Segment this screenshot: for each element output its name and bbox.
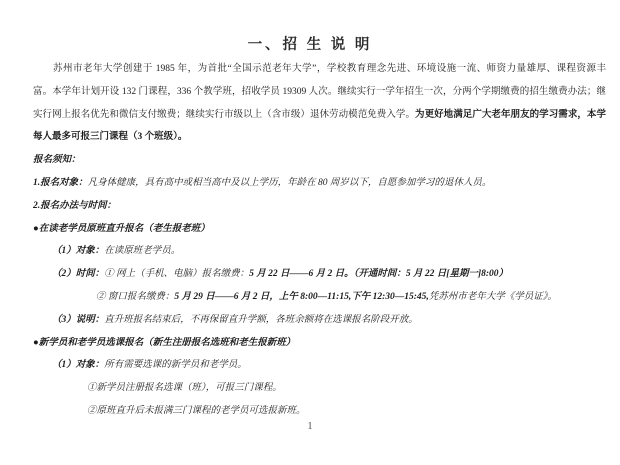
text-run: 富。本学年计划开设 132 门课程，336 个教学班，招收学员 19309 人次… [33,87,606,104]
document-body: 苏州市老年大学创建于 1985 年，为首批“全国示范老年大学”，学校教育理念先进… [33,58,606,423]
document-line: 富。本学年计划开设 132 门课程，336 个教学班，招收学员 19309 人次… [33,81,606,104]
text-run: 实行网上报名优先和微信支付缴费；继续实行市级以上（含市级）退休劳动模范免费入学。 [33,110,415,120]
text-run: 5 月 22 日——6 月 2 日。 [249,269,354,279]
page-title: 一、招 生 说 明 [0,0,620,58]
document-line: （2）时间：① 网上（手机、电脑）报名缴费：5 月 22 日——6 月 2 日。… [33,263,606,286]
text-run: 在读原班老学员。 [104,246,180,256]
document-line: 2.报名办法与时间： [33,195,606,218]
text-run: 凭苏州市老年大学《学员证》。 [429,292,557,302]
text-run: 苏州市老年大学创建于 1985 年，为首批“全国示范老年大学”，学校教育理念先进… [53,64,606,74]
document-line: （3）说明：直升班报名结束后，不再保留直升学额，各班余额将在选课报名阶段开放。 [33,309,606,332]
text-run: 凡身体健康，具有高中或相当高中及以上学历，年龄在 80 周岁以下，自愿参加学习的… [88,178,492,188]
document-line: 实行网上报名优先和微信支付缴费；继续实行市级以上（含市级）退休劳动模范免费入学。… [33,104,606,127]
document-line: ●在读老学员原班直升报名（老生报老班） [33,218,606,241]
document-line: （1）对象：在读原班老学员。 [33,240,606,263]
text-run: ●在读老学员原班直升报名（老生报老班） [33,224,210,234]
document-line: （1）对象：所有需要选课的新学员和老学员。 [33,354,606,377]
text-run: 每人最多可报三门课程（3 个班级）。 [33,132,187,142]
document-line: ●新学员和老学员选课报名（新生注册报名选班和老生报新班） [33,332,606,355]
text-run: 直升班报名结束后，不再保留直升学额，各班余额将在选课报名阶段开放。 [104,315,418,325]
text-run: （1）对象： [52,246,104,256]
document-line: ②原班直升后未报满三门课程的老学员可选报新班。 [33,400,606,423]
page-number: 1 [0,421,620,432]
text-run: 报名须知： [33,155,81,165]
text-run: 1.报名对象： [33,178,88,188]
text-run: ② 窗口报名缴费： [96,292,174,302]
text-run: （3）说明： [52,315,104,325]
document-line: 报名须知： [33,149,606,172]
text-run: ②原班直升后未报满三门课程的老学员可选报新班。 [87,406,306,416]
text-run: 5 月 29 日——6 月 2 日，上午 8:00—11:15,下午 12:30… [174,292,428,302]
text-run: （1）对象： [52,360,104,370]
document-line: ② 窗口报名缴费：5 月 29 日——6 月 2 日，上午 8:00—11:15… [33,286,606,309]
text-run: ①新学员注册报名选课（班），可报三门课程。 [87,383,282,393]
text-run: 2.报名办法与时间： [33,201,116,211]
document-line: 苏州市老年大学创建于 1985 年，为首批“全国示范老年大学”，学校教育理念先进… [33,58,606,81]
document-page: 一、招 生 说 明 苏州市老年大学创建于 1985 年，为首批“全国示范老年大学… [0,0,620,465]
document-line: ①新学员注册报名选课（班），可报三门课程。 [33,377,606,400]
text-run: ① 网上（手机、电脑）报名缴费： [104,269,249,279]
text-run: （开通时间：5 月 22 日[星期一]8:00） [354,269,508,279]
text-run: （2）时间： [52,269,104,279]
text-run: 所有需要选课的新学员和老学员。 [104,360,247,370]
document-line: 每人最多可报三门课程（3 个班级）。 [33,126,606,149]
text-run: ●新学员和老学员选课报名（新生注册报名选班和老生报新班） [33,338,295,348]
document-line: 1.报名对象：凡身体健康，具有高中或相当高中及以上学历，年龄在 80 周岁以下，… [33,172,606,195]
